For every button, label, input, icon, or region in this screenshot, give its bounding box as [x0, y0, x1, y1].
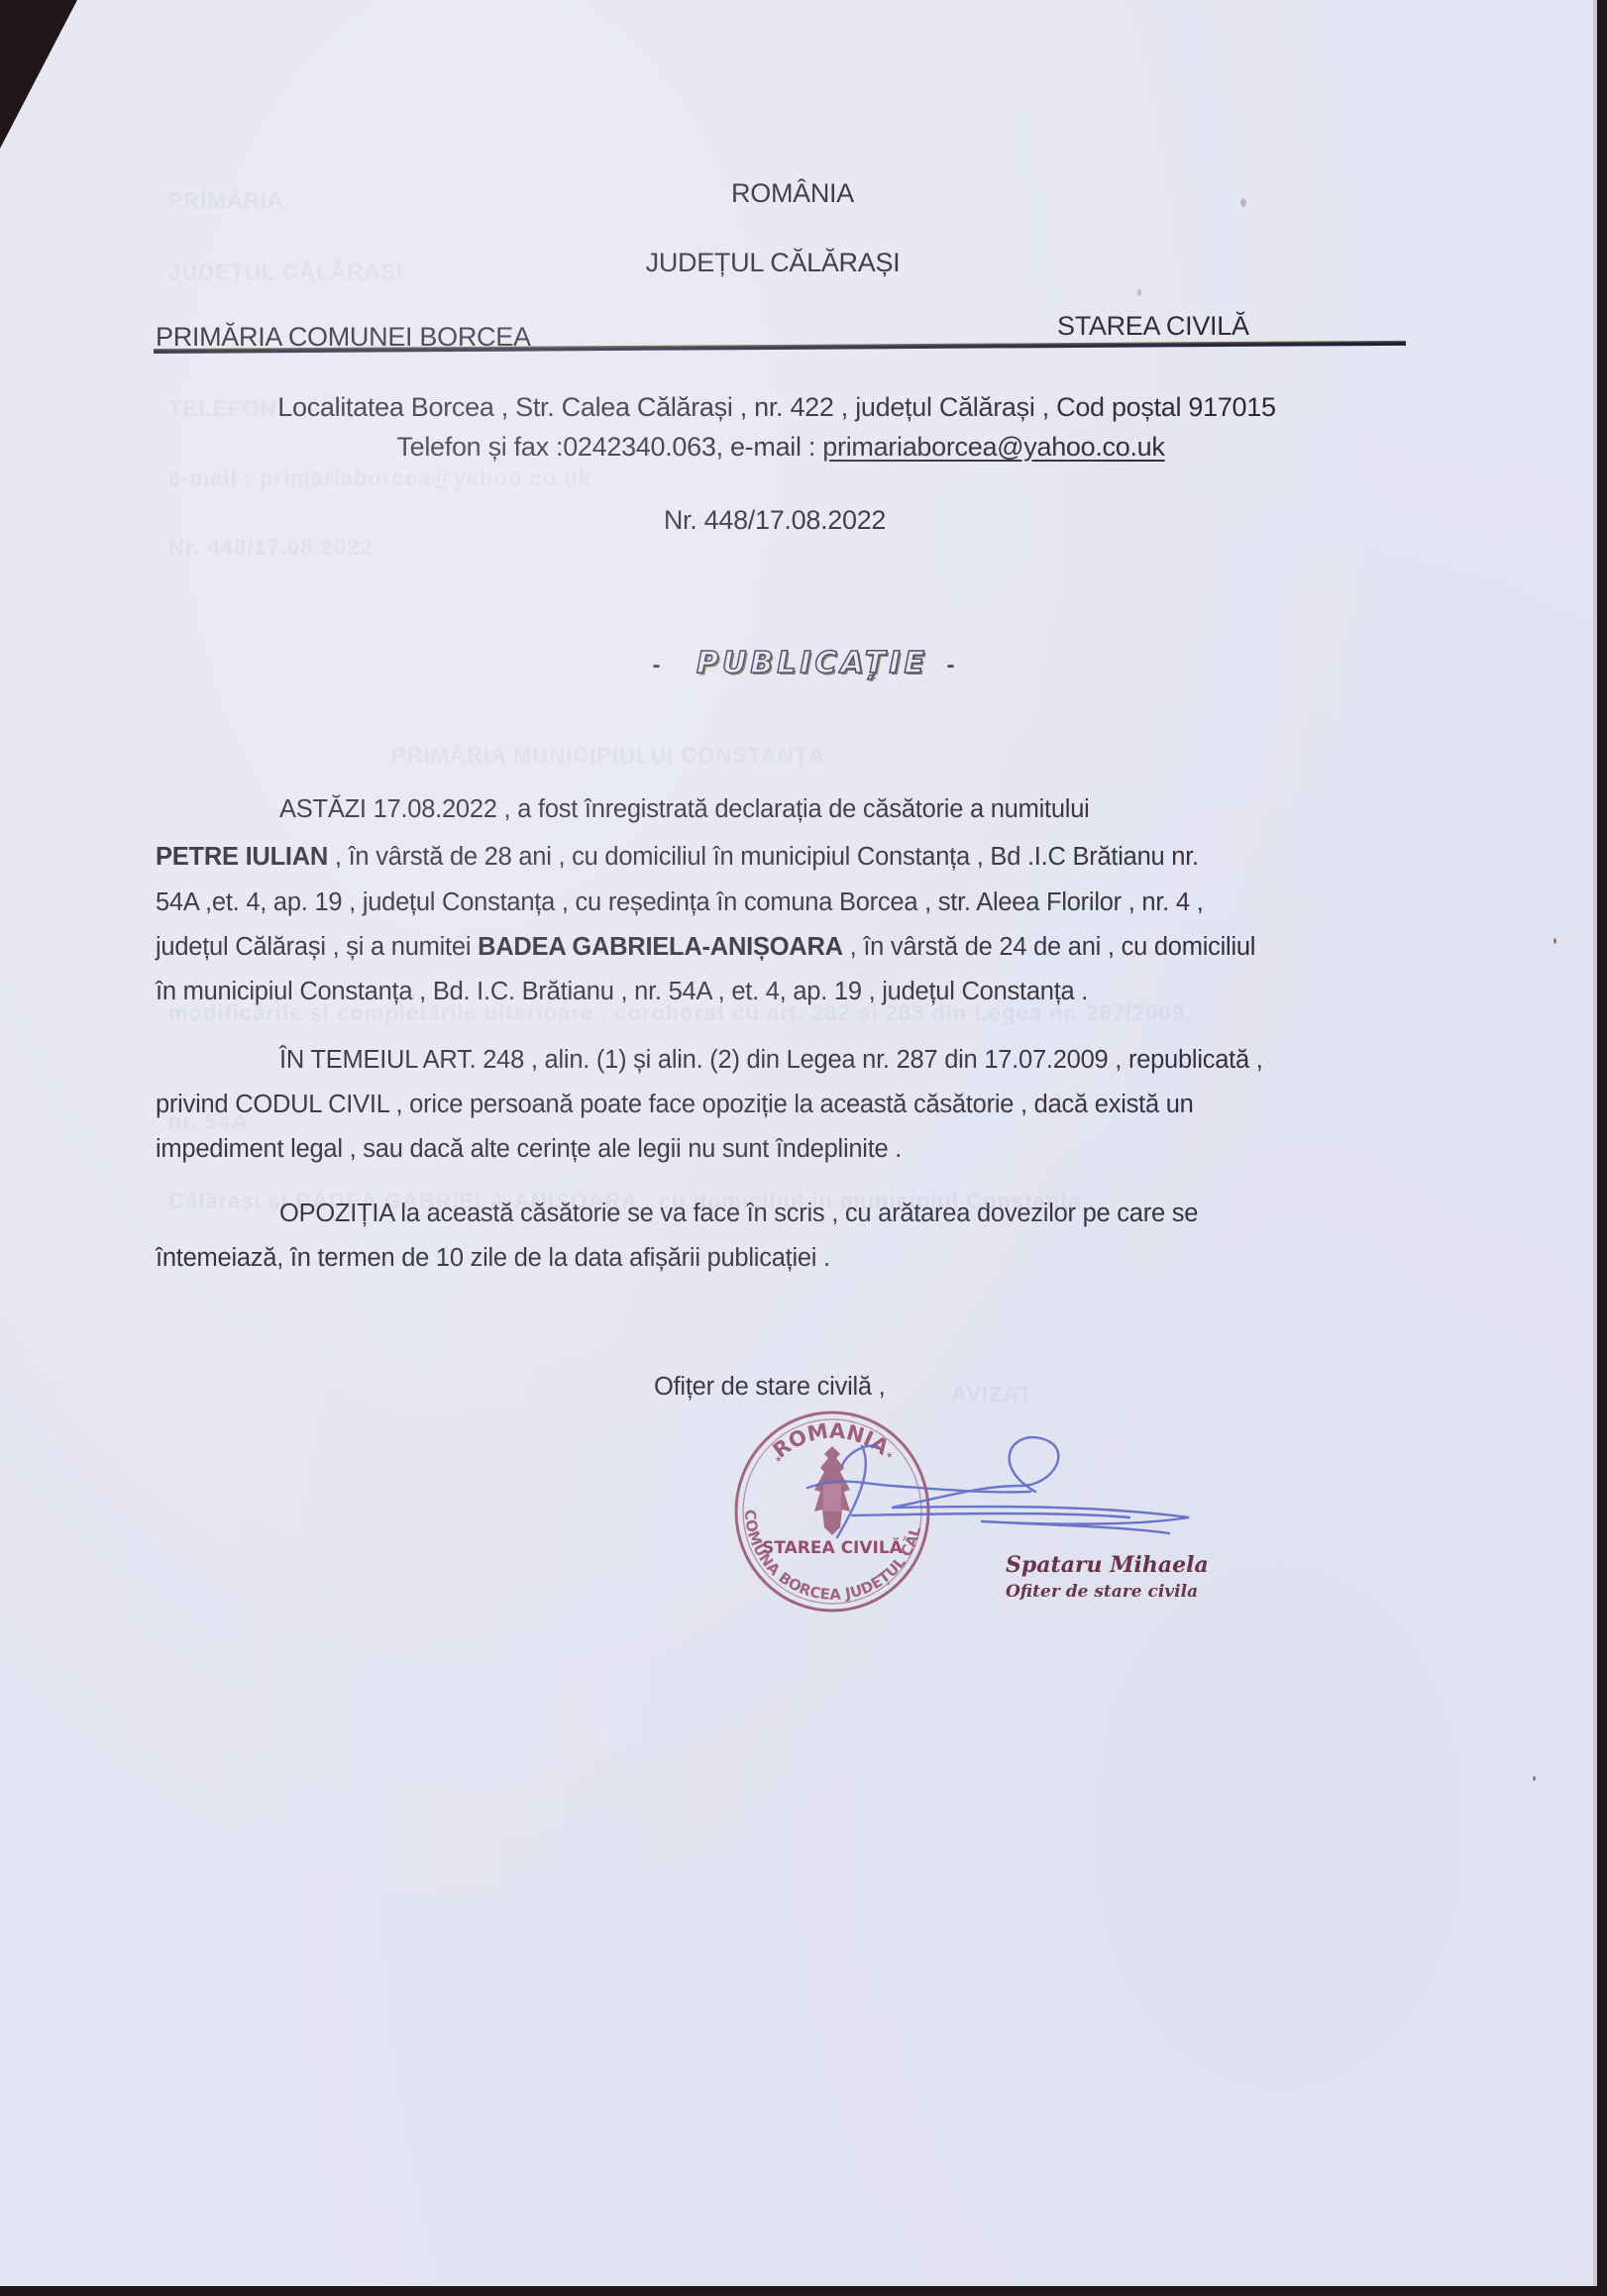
- paragraph3-line1: OPOZIȚIA la această căsătorie se va face…: [279, 1201, 1198, 1227]
- paragraph2-line1: ÎN TEMEIUL ART. 248 , alin. (1) și alin.…: [279, 1048, 1263, 1074]
- bleed-through-text: Nr. 448/17.08.2022: [168, 535, 373, 561]
- signer-name: Spataru Mihaela: [1006, 1552, 1209, 1578]
- phone-fax-text: Telefon și fax :0242340.063, e-mail :: [396, 432, 822, 462]
- bleed-through-text: PRIMĂRIA MUNICIPIULUI CONSTANȚA: [391, 743, 825, 769]
- handwritten-signature: [803, 1426, 1219, 1545]
- signer-role: Ofiter de stare civila: [1006, 1582, 1198, 1602]
- document-number: Nr. 448/17.08.2022: [664, 505, 886, 536]
- bleed-through-text: AVIZAT: [951, 1382, 1032, 1408]
- paragraph2-line3: impediment legal , sau dacă alte cerințe…: [156, 1137, 902, 1163]
- document-title-row: - PUBLICAȚIE -: [653, 646, 955, 680]
- phone-email-line: Telefon și fax :0242340.063, e-mail : pr…: [396, 432, 1164, 463]
- paragraph1-line2: PETRE IULIAN , în vârstă de 28 ani , cu …: [156, 845, 1199, 871]
- paragraph3-line2: întemeiază, în termen de 10 zile de la d…: [156, 1246, 830, 1272]
- scan-speck: [1137, 289, 1141, 296]
- groom-name: PETRE IULIAN: [156, 843, 328, 871]
- bleed-through-text: JUDEȚUL CĂLĂRAȘI: [168, 260, 403, 285]
- department-name: STAREA CIVILĂ: [1057, 311, 1249, 342]
- bleed-through-text: PRIMĂRIA: [168, 188, 284, 214]
- paragraph1-line3: 54A ,et. 4, ap. 19 , județul Constanța ,…: [156, 890, 1203, 916]
- document-page: PRIMĂRIA JUDEȚUL CĂLĂRAȘI TELEFON e-mail…: [0, 0, 1597, 2286]
- scan-speck: [1533, 1776, 1536, 1781]
- paragraph1-line1: ASTĂZI 17.08.2022 , a fost înregistrată …: [279, 797, 1090, 823]
- document-title: PUBLICAȚIE: [696, 646, 928, 680]
- bleed-through-text: e-mail : primariaborcea@yahoo.co.uk: [168, 466, 591, 491]
- country-heading: ROMÂNIA: [731, 178, 854, 209]
- scan-speck: [1553, 938, 1556, 944]
- county-heading: JUDEȚUL CĂLĂRAȘI: [646, 248, 901, 278]
- paragraph2-line2: privind CODUL CIVIL , orice persoană poa…: [156, 1093, 1194, 1118]
- paper-edge: [1593, 0, 1597, 2286]
- groom-details: , în vârstă de 28 ani , cu domiciliul în…: [328, 843, 1199, 871]
- bride-intro: județul Călărași , și a numitei: [156, 933, 478, 961]
- title-dash-left: -: [653, 652, 661, 678]
- officer-label: Ofițer de stare civilă ,: [654, 1375, 886, 1401]
- title-dash-right: -: [946, 652, 954, 678]
- paragraph1-line4: județul Călărași , și a numitei BADEA GA…: [156, 935, 1255, 961]
- bleed-through-text: TELEFON: [168, 396, 277, 422]
- svg-text:*: *: [776, 1453, 782, 1469]
- bride-details: , în vârstă de 24 de ani , cu domiciliul: [843, 933, 1255, 961]
- paragraph1-line5: în municipiul Constanța , Bd. I.C. Brăti…: [156, 980, 1088, 1005]
- address-line: Localitatea Borcea , Str. Calea Călărași…: [277, 392, 1275, 423]
- scan-speck: [1240, 198, 1246, 207]
- bride-name: BADEA GABRIELA-ANIȘOARA: [478, 933, 843, 961]
- email-link[interactable]: primariaborcea@yahoo.co.uk: [822, 432, 1164, 462]
